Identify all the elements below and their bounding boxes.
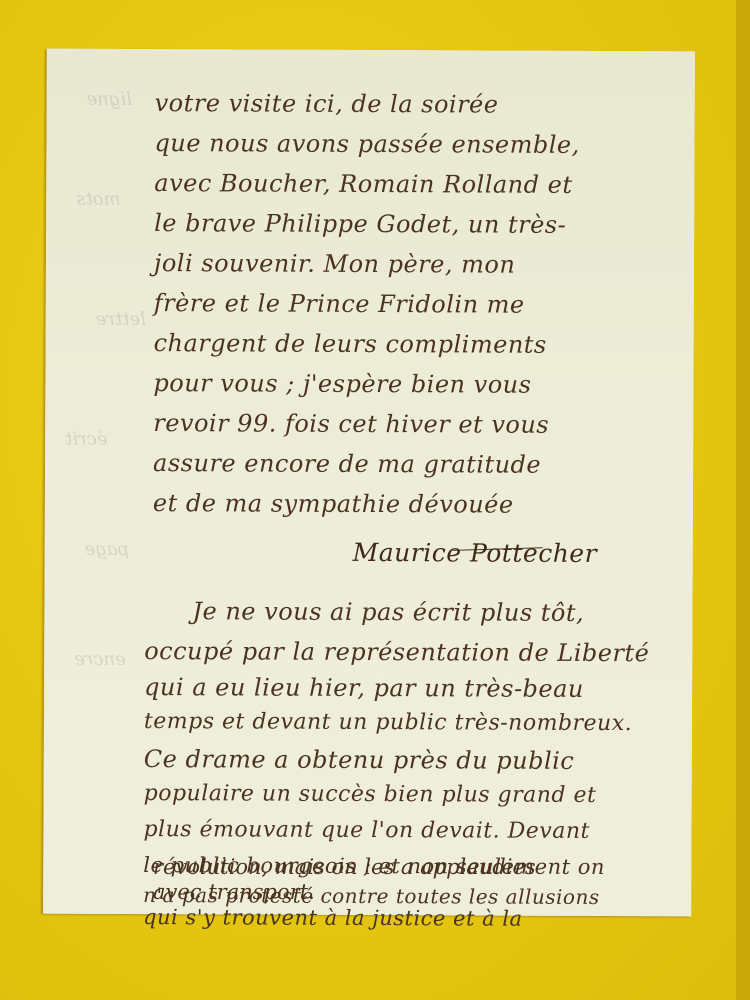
text-line: occupé par la représentation de Liberté <box>144 637 649 667</box>
text-line: Ce drame a obtenu près du public <box>144 745 575 775</box>
text-line: assure encore de ma gratitude <box>153 449 541 479</box>
text-line: temps et devant un public très-nombreux. <box>144 709 632 736</box>
text-line: pour vous ; j'espère bien vous <box>153 369 531 399</box>
text-line: frère et le Prince Fridolin me <box>154 289 525 319</box>
text-line: votre visite ici, de la soirée <box>155 89 499 119</box>
text-line: chargent de leurs compliments <box>154 329 547 359</box>
text-line: et de ma sympathie dévouée <box>153 489 514 519</box>
text-line: avec transport. <box>153 880 315 904</box>
background-edge-strip <box>736 0 750 1000</box>
signature: Maurice Pottecher <box>353 538 598 568</box>
text-line: joli souvenir. Mon père, mon <box>154 249 515 279</box>
text-line: revoir 99. fois cet hiver et vous <box>153 409 549 439</box>
text-line: le brave Philippe Godet, un très- <box>154 209 566 239</box>
text-line: qui s'y trouvent à la justice et à la <box>143 905 523 931</box>
text-line: plus émouvant que l'on devait. Devant <box>143 817 590 844</box>
text-line: Je ne vous ai pas écrit plus tôt, <box>192 597 584 627</box>
letter-page: ligne mots lettre écrit page encre votre… <box>43 49 695 917</box>
text-line: révolution, mais on les a applaudies <box>153 855 536 879</box>
text-line: que nous avons passée ensemble, <box>154 129 579 159</box>
letter-text: votre visite ici, de la soirée que nous … <box>155 89 685 91</box>
text-line: populaire un succès bien plus grand et <box>144 781 597 808</box>
text-line: avec Boucher, Romain Rolland et <box>154 169 572 199</box>
text-line: qui a eu lieu hier, par un très-beau <box>144 673 584 703</box>
